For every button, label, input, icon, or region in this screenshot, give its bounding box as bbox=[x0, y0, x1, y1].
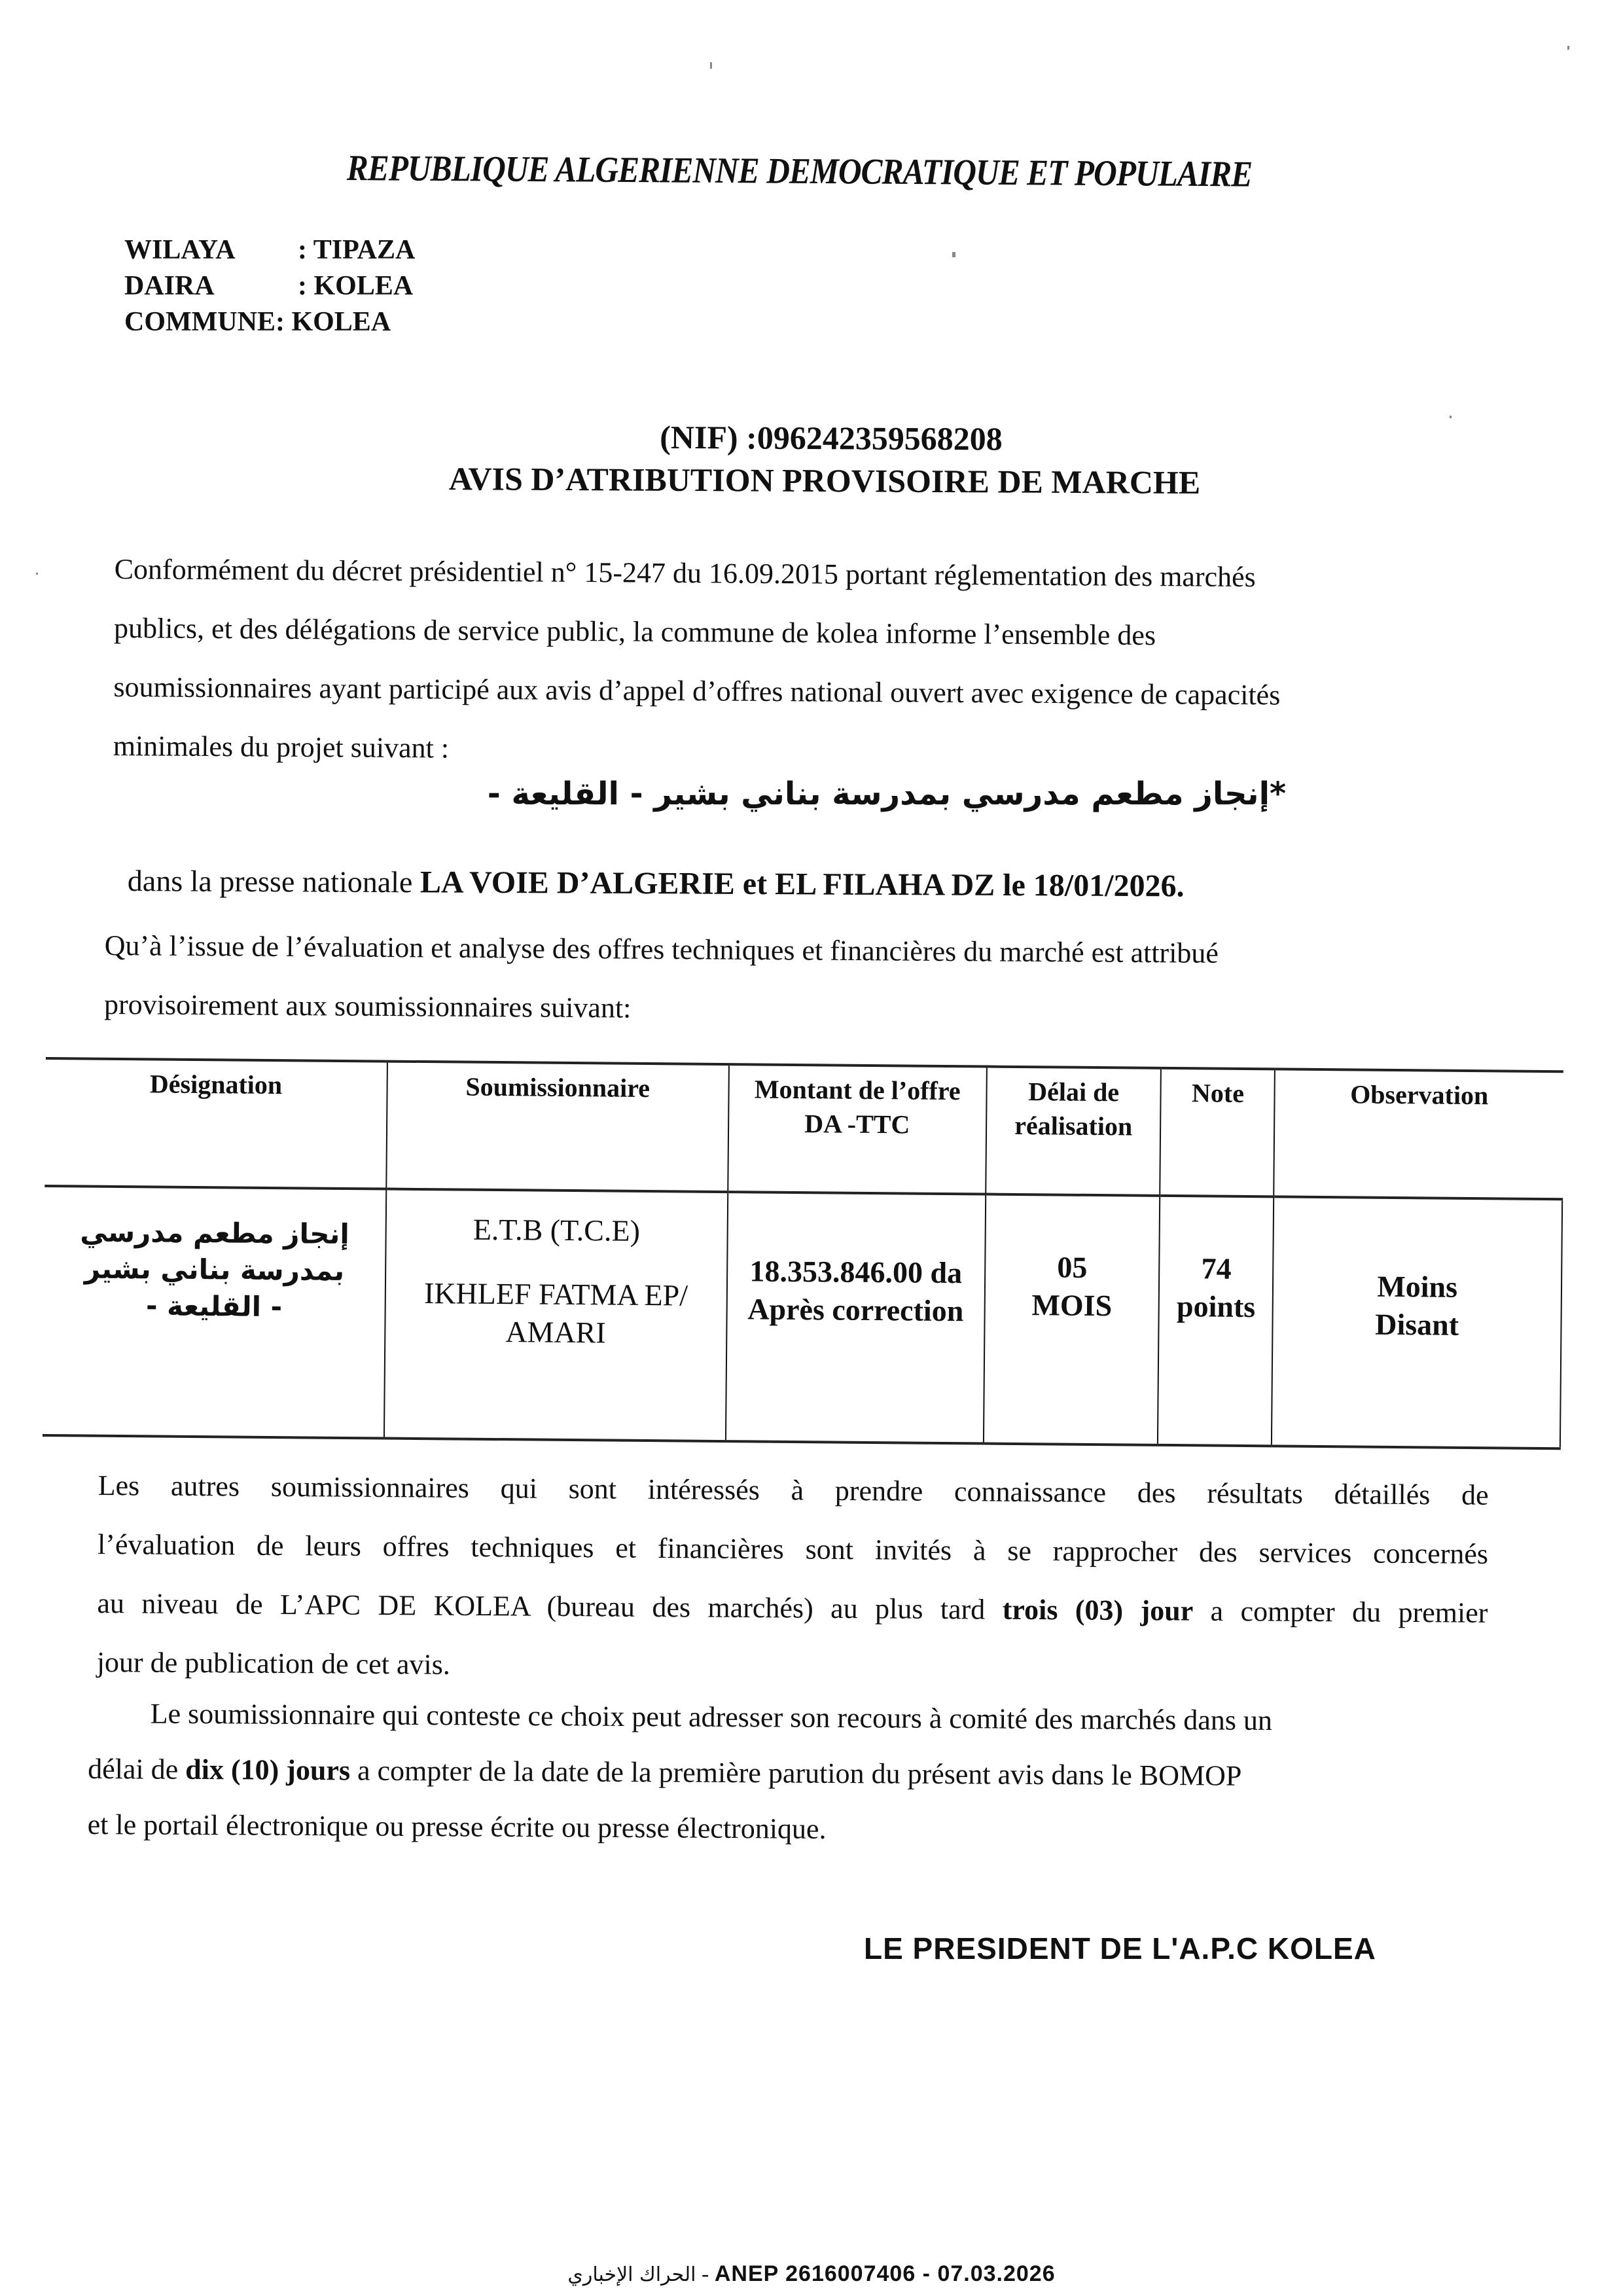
text-line: Le soumissionnaire qui conteste ce choix… bbox=[88, 1685, 1272, 1748]
admin-value: : KOLEA bbox=[298, 268, 413, 304]
signature-president: LE PRESIDENT DE L'A.P.C KOLEA bbox=[864, 1931, 1376, 1966]
footer-anep: الحراك الإخباري - ANEP 2616007406 - 07.0… bbox=[0, 2261, 1623, 2287]
col-header-soumissionnaire: Soumissionnaire bbox=[386, 1062, 728, 1193]
nif-number: (NIF) :096242359568208 bbox=[0, 415, 1623, 461]
text-line: minimales du projet suivant : bbox=[113, 717, 1280, 783]
header-line: Montant de l’offre bbox=[730, 1072, 986, 1108]
text-line: Qu’à l’issue de l’évaluation et analyse … bbox=[104, 916, 1219, 983]
text-line: au niveau de L’APC DE KOLEA (bureau des … bbox=[97, 1574, 1488, 1643]
cell-line: 05 bbox=[986, 1248, 1158, 1287]
presse-prefix: dans la presse nationale bbox=[128, 864, 420, 899]
col-header-delai: Délai de réalisation bbox=[986, 1067, 1161, 1196]
cell-line: Après correction bbox=[728, 1290, 984, 1330]
text-line: Conformément du décret présidentiel n° 1… bbox=[114, 540, 1281, 607]
document-title: AVIS D’ATRIBUTION PROVISOIRE DE MARCHE bbox=[0, 457, 1623, 504]
footer-anep-reference: ANEP 2616007406 - 07.03.2026 bbox=[715, 2261, 1056, 2286]
presse-names: LA VOIE D’ALGERIE et EL FILAHA DZ le 18/… bbox=[420, 865, 1185, 903]
scan-speck bbox=[1567, 46, 1569, 50]
cell-delai: 05 MOIS bbox=[984, 1194, 1160, 1445]
table-row: إنجاز مطعم مدرسي بمدرسة بناني بشير - الق… bbox=[43, 1186, 1562, 1448]
cell-line: IKHLEF FATMA EP/ bbox=[386, 1274, 725, 1316]
cell-line: بمدرسة بناني بشير bbox=[45, 1250, 384, 1290]
col-header-montant: Montant de l’offre DA -TTC bbox=[728, 1064, 987, 1194]
col-header-note: Note bbox=[1160, 1068, 1275, 1197]
text-line: Les autres soumissionnaires qui sont int… bbox=[98, 1456, 1489, 1525]
text-line: et le portail électronique ou presse écr… bbox=[87, 1797, 1272, 1859]
header-line: réalisation bbox=[988, 1109, 1160, 1144]
cell-line: Disant bbox=[1274, 1304, 1560, 1345]
attribution-table: Désignation Soumissionnaire Montant de l… bbox=[43, 1057, 1564, 1450]
col-header-designation: Désignation bbox=[45, 1058, 387, 1189]
admin-label: DAIRA bbox=[124, 268, 298, 304]
text-line: soumissionnaires ayant participé aux avi… bbox=[113, 658, 1281, 725]
scan-speck bbox=[710, 62, 712, 69]
header-line: Délai de bbox=[988, 1075, 1160, 1110]
text-line: provisoirement aux soumissionnaires suiv… bbox=[104, 975, 1219, 1042]
presse-line: dans la presse nationale LA VOIE D’ALGER… bbox=[128, 863, 1185, 904]
header-line: DA -TTC bbox=[729, 1106, 985, 1142]
cell-line: AMARI bbox=[386, 1312, 725, 1354]
cell-line: إنجاز مطعم مدرسي bbox=[45, 1213, 384, 1253]
text-fragment: a compter de la date de la première paru… bbox=[350, 1754, 1242, 1791]
issue-paragraph: Qu’à l’issue de l’évaluation et analyse … bbox=[104, 916, 1219, 1042]
text-fragment: a compter du premier bbox=[1193, 1595, 1488, 1629]
cell-line: Moins bbox=[1274, 1266, 1560, 1307]
scan-speck bbox=[952, 252, 955, 257]
col-header-observation: Observation bbox=[1274, 1069, 1563, 1199]
cell-note: 74 points bbox=[1158, 1196, 1274, 1446]
footer-arabic: الحراك الإخباري bbox=[567, 2263, 696, 2286]
text-line: délai de dix (10) jours a compter de la … bbox=[88, 1741, 1272, 1804]
admin-value: : KOLEA bbox=[276, 304, 391, 340]
cell-designation: إنجاز مطعم مدرسي بمدرسة بناني بشير - الق… bbox=[43, 1186, 386, 1439]
cell-line: MOIS bbox=[986, 1286, 1158, 1325]
recours-paragraph: Le soumissionnaire qui conteste ce choix… bbox=[87, 1685, 1272, 1859]
cell-observation: Moins Disant bbox=[1272, 1196, 1562, 1448]
deadline-bold: trois (03) jour bbox=[1003, 1594, 1194, 1627]
admin-value: : TIPAZA bbox=[298, 232, 415, 268]
project-title-arabic: *إنجاز مطعم مدرسي بمدرسة بناني بشير - ال… bbox=[0, 776, 1623, 812]
text-fragment: au niveau de L’APC DE KOLEA (bureau des … bbox=[97, 1587, 1003, 1626]
cell-montant: 18.353.846.00 da Après correction bbox=[725, 1192, 986, 1443]
cell-line: 18.353.846.00 da bbox=[728, 1252, 984, 1292]
admin-daira: DAIRA : KOLEA bbox=[124, 268, 415, 304]
footer-separator: - bbox=[696, 2262, 715, 2286]
scan-speck bbox=[36, 573, 38, 575]
cell-line: points bbox=[1160, 1287, 1272, 1326]
admin-label: COMMUNE bbox=[124, 304, 276, 340]
text-fragment: délai de bbox=[88, 1753, 185, 1785]
consultation-paragraph: Les autres soumissionnaires qui sont int… bbox=[96, 1456, 1488, 1702]
cell-line: E.T.B (T.C.E) bbox=[387, 1210, 726, 1251]
admin-block: WILAYA : TIPAZA DAIRA : KOLEA COMMUNE : … bbox=[124, 232, 415, 340]
admin-label: WILAYA bbox=[124, 232, 298, 268]
republic-heading: REPUBLIQUE ALGERIENNE DEMOCRATIQUE ET PO… bbox=[347, 147, 1253, 196]
cell-line: 74 bbox=[1160, 1249, 1272, 1288]
admin-wilaya: WILAYA : TIPAZA bbox=[124, 232, 415, 268]
text-line: publics, et des délégations de service p… bbox=[114, 599, 1281, 666]
cell-line: - القليعة - bbox=[44, 1287, 383, 1327]
text-line: l’évaluation de leurs offres techniques … bbox=[98, 1515, 1489, 1584]
recours-deadline-bold: dix (10) jours bbox=[185, 1753, 350, 1787]
table-header-row: Désignation Soumissionnaire Montant de l… bbox=[45, 1058, 1563, 1199]
intro-paragraph: Conformément du décret présidentiel n° 1… bbox=[113, 540, 1281, 783]
cell-soumissionnaire: E.T.B (T.C.E) IKHLEF FATMA EP/ AMARI bbox=[384, 1189, 728, 1442]
admin-commune: COMMUNE : KOLEA bbox=[124, 304, 415, 340]
scan-speck bbox=[1450, 416, 1452, 418]
